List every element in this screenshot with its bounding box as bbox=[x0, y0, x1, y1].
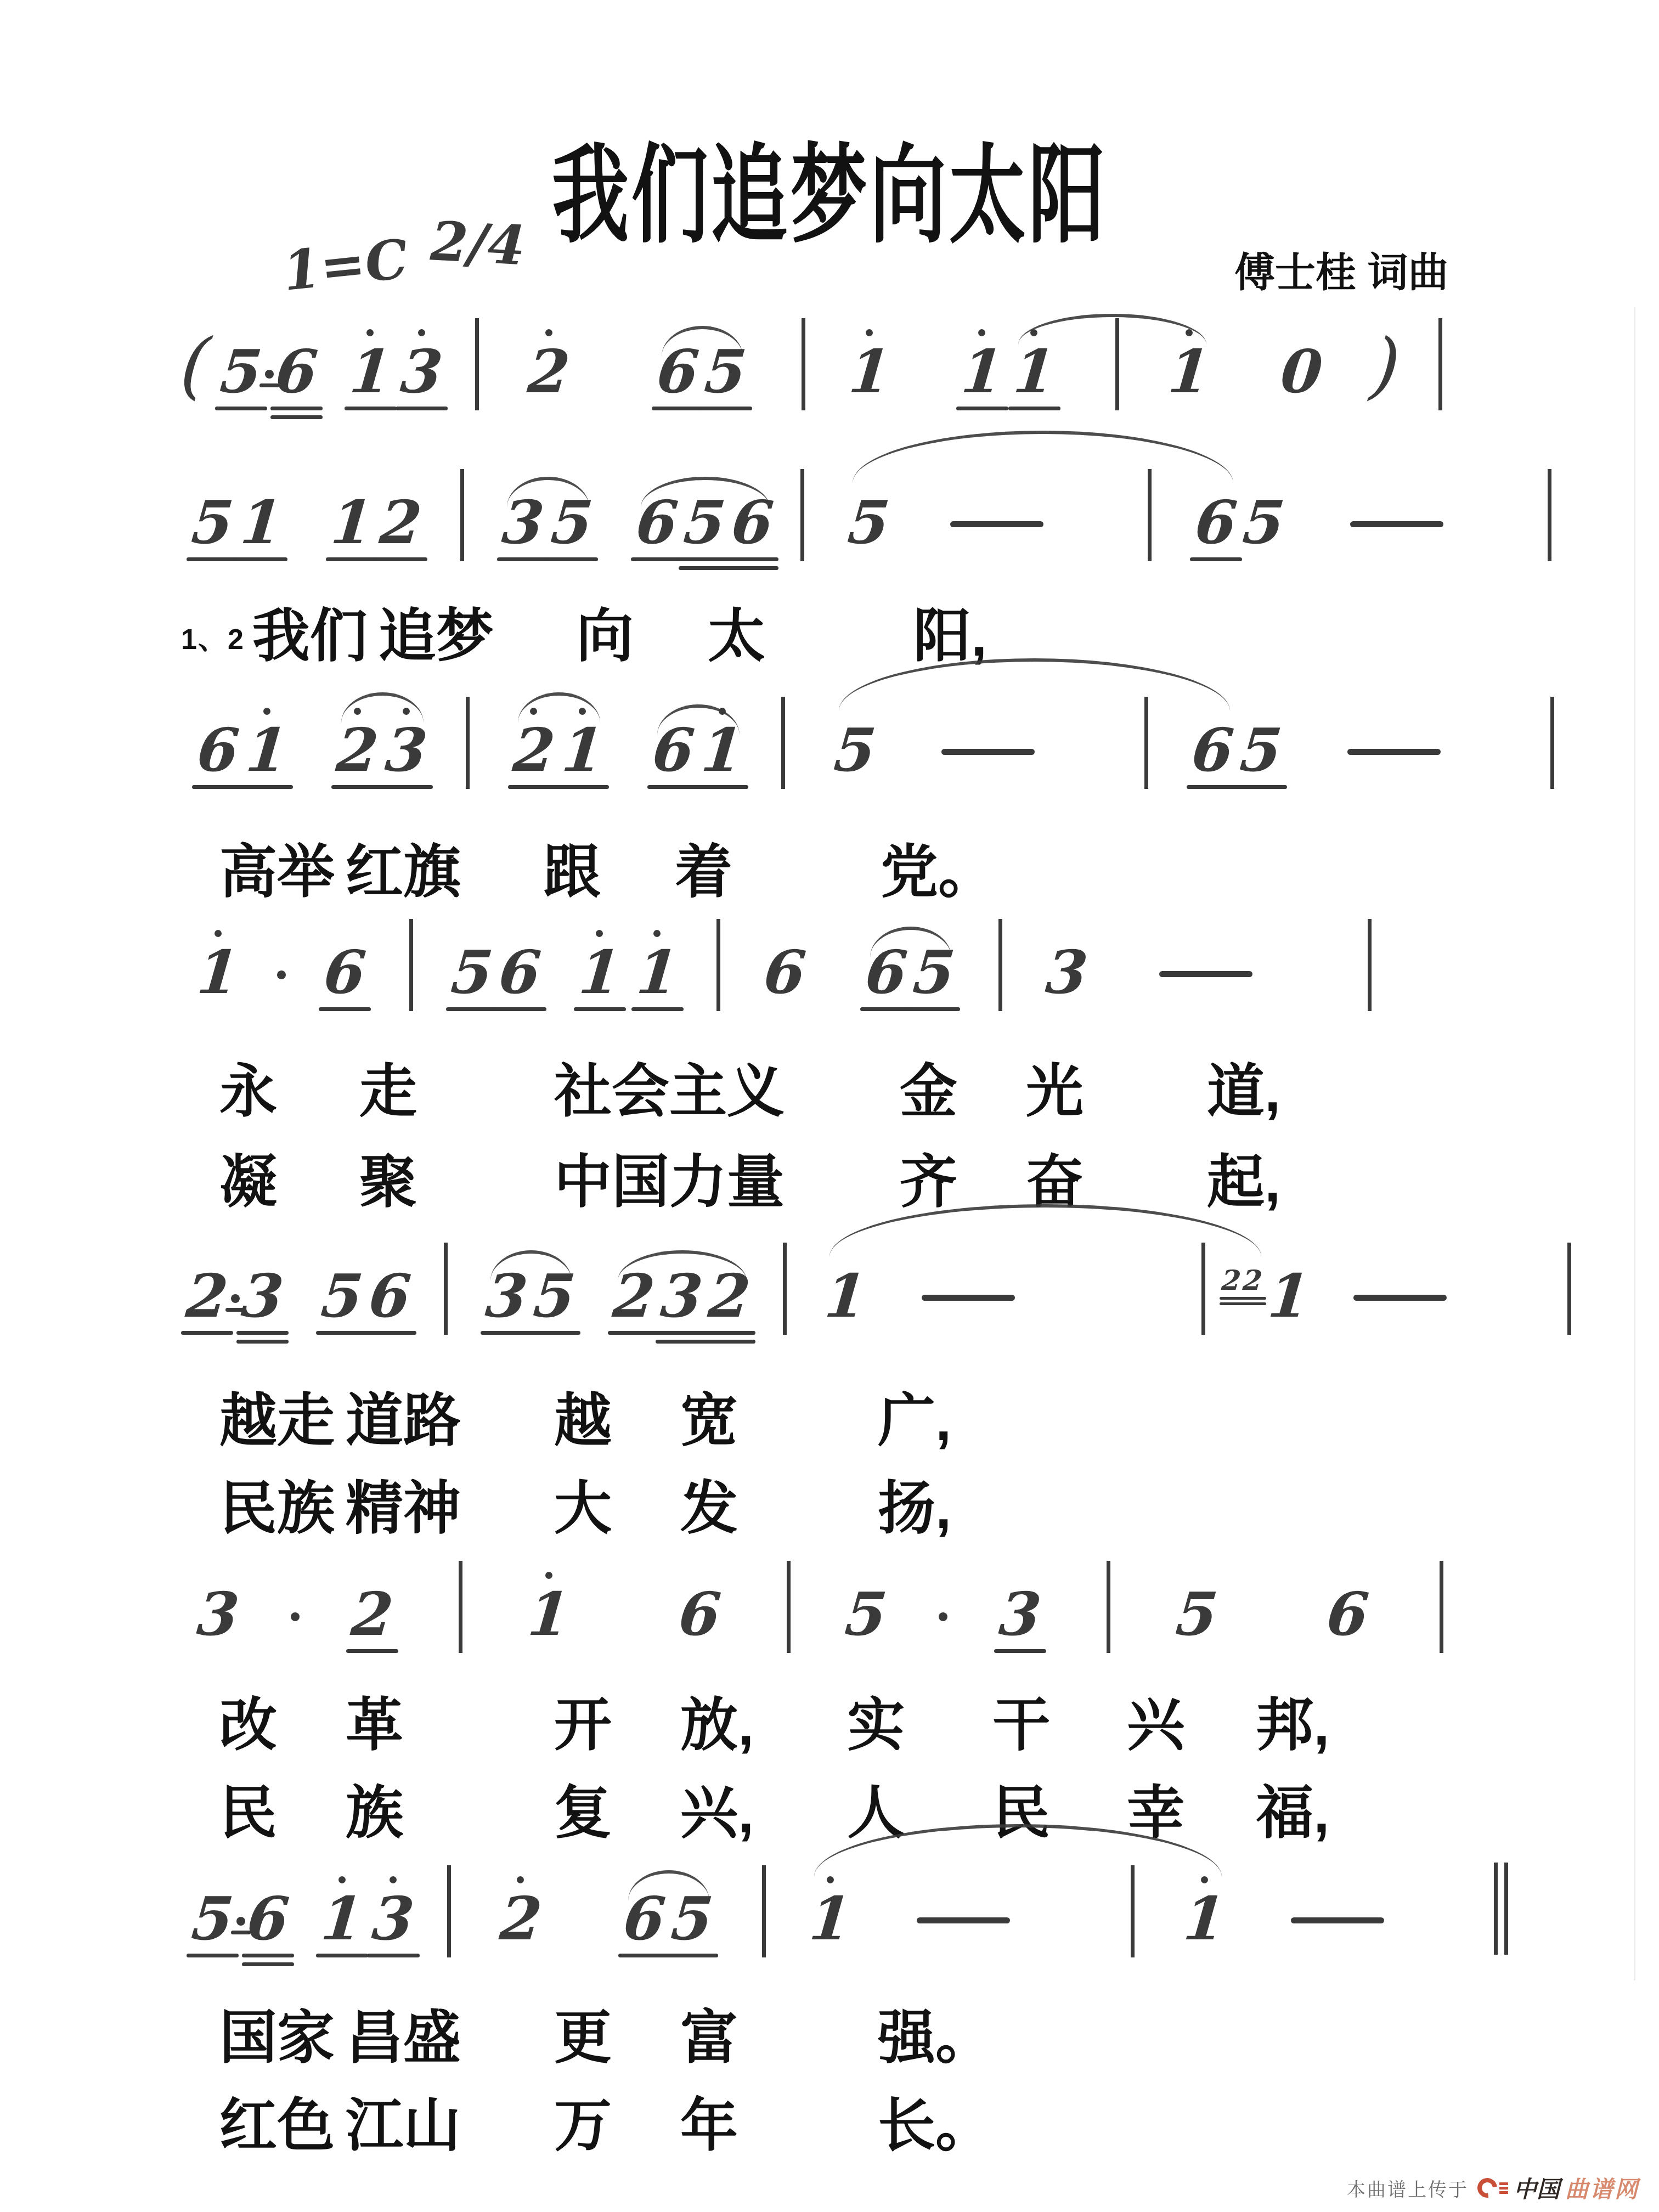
lyric-segment: 聚 bbox=[359, 1136, 417, 1218]
note-token: 2 bbox=[528, 342, 569, 402]
barline bbox=[1438, 318, 1442, 410]
note-token: 1 bbox=[637, 943, 678, 1002]
note-token: 1 bbox=[562, 721, 603, 780]
note-token: 5 bbox=[1176, 1585, 1217, 1644]
notation-line: 32165356 bbox=[198, 1561, 1443, 1644]
lyric-segment: 永 bbox=[219, 1045, 277, 1128]
double-barline bbox=[1494, 1863, 1508, 1957]
note-token: 1 bbox=[1184, 1889, 1225, 1949]
duration-dash bbox=[1291, 1917, 1384, 1923]
lyric-segment: 江山 bbox=[346, 2079, 461, 2162]
note-token: 6 bbox=[198, 721, 239, 780]
lyric-segment: 民 bbox=[219, 1767, 277, 1849]
octave-dot bbox=[390, 1876, 397, 1883]
barline bbox=[716, 919, 720, 1011]
barline bbox=[466, 697, 470, 789]
barline bbox=[1440, 1561, 1443, 1653]
note-token: 6 bbox=[1192, 721, 1233, 780]
lyric-segment: 民族 bbox=[219, 1462, 335, 1545]
note-token: 5 bbox=[845, 1585, 887, 1644]
barline bbox=[1567, 1243, 1571, 1335]
dot-token bbox=[291, 1612, 300, 1621]
lyric-segment: 兴 bbox=[1127, 1679, 1184, 1762]
lyric-segment: 国家 bbox=[219, 1991, 335, 2074]
barline bbox=[762, 1865, 766, 1957]
lyric-segment: 中国力量 bbox=[554, 1136, 785, 1218]
lyric-segment: 族 bbox=[346, 1767, 403, 1849]
note-token: 2 bbox=[187, 1267, 228, 1326]
barline bbox=[1550, 697, 1554, 789]
slur-arc bbox=[518, 692, 600, 723]
lyric-segment: 扬, bbox=[878, 1462, 951, 1545]
note-token: 1 bbox=[1268, 1267, 1310, 1326]
lyric-segment: 精神 bbox=[346, 1462, 461, 1545]
lyric-segment: 追梦 bbox=[379, 590, 494, 673]
barline bbox=[998, 919, 1002, 1011]
lyrics-line: 民族精神大发扬, bbox=[219, 1462, 951, 1545]
verse-marker: 1、2 bbox=[181, 616, 245, 657]
barline bbox=[800, 469, 804, 561]
note-token: 1 bbox=[331, 493, 373, 552]
note-token: 5 bbox=[221, 342, 262, 402]
octave-dot bbox=[215, 930, 222, 937]
slur-arc bbox=[341, 692, 424, 723]
octave-dot bbox=[1201, 1876, 1208, 1883]
lyric-segment: 跟 bbox=[543, 826, 601, 909]
duration-dash bbox=[1159, 971, 1252, 977]
dot-token bbox=[939, 1612, 947, 1621]
lyric-segment: 更 bbox=[554, 1991, 612, 2074]
notation-line: (561326511110) bbox=[181, 318, 1442, 402]
brand-logo-lines-icon bbox=[1499, 2182, 1508, 2185]
note-token: 3 bbox=[242, 1267, 283, 1326]
lyric-segment: 越走 bbox=[219, 1374, 335, 1457]
lyrics-line: 高举红旗跟着党。 bbox=[219, 826, 996, 909]
lyric-segment: 邦, bbox=[1256, 1679, 1329, 1762]
slur-arc bbox=[657, 704, 740, 735]
note-token: 1 bbox=[849, 342, 890, 402]
note-token: 5 bbox=[834, 721, 876, 780]
duration-dash bbox=[917, 1917, 1010, 1923]
lyric-segment: 党。 bbox=[881, 826, 996, 909]
lyric-segment: 红旗 bbox=[346, 826, 461, 909]
duration-dash bbox=[950, 521, 1043, 527]
duration-dash bbox=[1347, 749, 1441, 755]
note-token: 0 bbox=[1281, 342, 1322, 402]
notation-line: 2356352321221 bbox=[187, 1243, 1571, 1326]
lyric-segment: 长。 bbox=[878, 2079, 993, 2162]
dot-token bbox=[265, 370, 274, 379]
note-token: 5 bbox=[1240, 721, 1282, 780]
dot-token bbox=[236, 1917, 245, 1926]
lyrics-line: 改革开放,实干兴邦, bbox=[219, 1679, 1329, 1762]
lyric-segment: 起, bbox=[1207, 1136, 1280, 1218]
composer-credit: 傅士桂 词曲 bbox=[1234, 240, 1449, 298]
barline bbox=[459, 1561, 462, 1653]
note-token: 5 bbox=[192, 493, 233, 552]
notation-line: 511235656565 bbox=[192, 469, 1551, 552]
scan-artifact-line bbox=[1634, 307, 1635, 1980]
lyric-segment: 光 bbox=[1026, 1045, 1084, 1128]
lyric-segment: 太 bbox=[708, 590, 765, 673]
lyric-segment: 越 bbox=[554, 1374, 612, 1457]
lyric-segment: 广, bbox=[878, 1374, 951, 1457]
notation-line: 1656116653 bbox=[198, 919, 1372, 1002]
lyric-segment: 革 bbox=[346, 1679, 403, 1762]
note-token: 1 bbox=[241, 493, 282, 552]
grace-notes: 22 bbox=[1222, 1267, 1265, 1294]
watermark-prefix: 本曲谱上传于 bbox=[1347, 2175, 1469, 2202]
lyrics-line: 红色江山万年长。 bbox=[219, 2079, 993, 2162]
octave-dot bbox=[545, 329, 552, 336]
note-token: 5 bbox=[192, 1889, 233, 1949]
note-token: 6 bbox=[1327, 1585, 1368, 1644]
lyric-segment: 开 bbox=[554, 1679, 612, 1762]
barline bbox=[787, 1561, 791, 1653]
lyric-segment: 强。 bbox=[878, 1991, 993, 2074]
note-token: 6 bbox=[324, 943, 365, 1002]
lyric-segment: 社会主义 bbox=[554, 1045, 785, 1128]
note-token: 3 bbox=[373, 1889, 414, 1949]
lyric-segment: 年 bbox=[680, 2079, 738, 2162]
lyrics-line: 凝聚中国力量齐奋起, bbox=[219, 1136, 1280, 1218]
lyric-segment: 高举 bbox=[219, 826, 335, 909]
note-token: 1 bbox=[350, 342, 391, 402]
note-token: 1 bbox=[962, 342, 1003, 402]
note-token: 1 bbox=[246, 721, 287, 780]
slur-arc bbox=[618, 1250, 747, 1281]
note-token: 1 bbox=[198, 943, 239, 1002]
barline bbox=[1548, 469, 1551, 561]
duration-dash bbox=[941, 749, 1035, 755]
note-token: 3 bbox=[198, 1585, 239, 1644]
note-token: 2 bbox=[500, 1889, 541, 1949]
lyric-segment: 红色 bbox=[219, 2079, 335, 2162]
lyric-segment: 实 bbox=[847, 1679, 905, 1762]
octave-dot bbox=[418, 329, 425, 336]
lyric-segment: 走 bbox=[359, 1045, 417, 1128]
octave-dot bbox=[263, 708, 270, 715]
lyrics-line: 民族复兴,人民幸福, bbox=[219, 1767, 1329, 1849]
lyric-segment: 福, bbox=[1256, 1767, 1329, 1849]
note-token: 2 bbox=[337, 721, 378, 780]
dot-token bbox=[277, 970, 286, 979]
note-token: 2 bbox=[380, 493, 421, 552]
watermark: 本曲谱上传于 中国 曲谱网 bbox=[1347, 2171, 1639, 2204]
slur-arc bbox=[1018, 314, 1206, 345]
lyrics-line: 永走社会主义金光道, bbox=[219, 1045, 1280, 1128]
slur-arc bbox=[628, 1870, 709, 1901]
lyric-segment: 昌盛 bbox=[346, 1991, 461, 2074]
notation-line: 61232161565 bbox=[198, 697, 1554, 780]
notation-line: 561326511 bbox=[192, 1863, 1508, 1949]
lyrics-line: 1、2我们追梦向太阳, bbox=[181, 590, 987, 673]
barline bbox=[460, 469, 464, 561]
lyrics-line: 越走道路越宽广, bbox=[219, 1374, 951, 1457]
note-token: 6 bbox=[369, 1267, 410, 1326]
barline bbox=[475, 318, 479, 410]
lyric-segment: 向 bbox=[576, 590, 634, 673]
octave-dot bbox=[596, 930, 603, 937]
note-token: 5 bbox=[848, 493, 889, 552]
note-token: 1 bbox=[579, 943, 620, 1002]
lyric-segment: 干 bbox=[992, 1679, 1050, 1762]
octave-dot bbox=[866, 329, 873, 336]
lyric-segment: 金 bbox=[900, 1045, 957, 1128]
note-token: 6 bbox=[499, 943, 540, 1002]
note-token: 6 bbox=[679, 1585, 720, 1644]
note-token: 2 bbox=[352, 1585, 393, 1644]
lyric-segment: 发 bbox=[680, 1462, 738, 1545]
octave-dot bbox=[517, 1876, 524, 1883]
note-token: 1 bbox=[1169, 342, 1210, 402]
octave-dot bbox=[978, 329, 985, 336]
note-token: 6 bbox=[247, 1889, 289, 1949]
duration-dash bbox=[922, 1295, 1015, 1301]
slur-arc bbox=[870, 927, 951, 957]
lyric-segment: 着 bbox=[675, 826, 732, 909]
octave-dot bbox=[827, 1876, 834, 1883]
slur-arc bbox=[490, 1250, 572, 1281]
barline bbox=[409, 919, 413, 1011]
barline bbox=[444, 1243, 448, 1335]
paren-token: ( bbox=[181, 329, 210, 402]
key-text: 1=C bbox=[280, 228, 411, 303]
barline bbox=[781, 697, 785, 789]
note-token: 6 bbox=[1195, 493, 1237, 552]
lyric-segment: 复 bbox=[554, 1767, 612, 1849]
note-token: 5 bbox=[1243, 493, 1284, 552]
barline bbox=[783, 1243, 787, 1335]
barline bbox=[1131, 1865, 1135, 1957]
barline bbox=[802, 318, 805, 410]
lyric-segment: 大 bbox=[554, 1462, 612, 1545]
lyric-segment: 我们 bbox=[252, 590, 368, 673]
time-signature: 2/4 bbox=[429, 210, 527, 278]
lyric-segment: 万 bbox=[554, 2079, 612, 2162]
lyrics-line: 国家昌盛更富强。 bbox=[219, 1991, 993, 2074]
note-token: 1 bbox=[1014, 342, 1055, 402]
note-token: 5 bbox=[321, 1267, 363, 1326]
watermark-brand-light: 曲谱网 bbox=[1565, 2171, 1639, 2204]
lyric-segment: 道, bbox=[1207, 1045, 1280, 1128]
lyric-segment: 道路 bbox=[346, 1374, 461, 1457]
duration-dash bbox=[1350, 521, 1443, 527]
slur-arc bbox=[662, 326, 743, 357]
barline bbox=[447, 1865, 451, 1957]
paren-token: ) bbox=[1372, 329, 1400, 402]
note-token: 6 bbox=[276, 342, 317, 402]
octave-dot bbox=[366, 329, 374, 336]
lyric-segment: 宽 bbox=[680, 1374, 738, 1457]
watermark-brand-bold: 中国 bbox=[1514, 2171, 1560, 2204]
duration-dash bbox=[1353, 1295, 1447, 1301]
note-token: 1 bbox=[825, 1267, 866, 1326]
octave-dot bbox=[653, 930, 661, 937]
octave-dot bbox=[545, 1572, 552, 1579]
dot-token bbox=[231, 1294, 240, 1303]
lyric-segment: 凝 bbox=[219, 1136, 277, 1218]
lyric-segment: 改 bbox=[219, 1679, 277, 1762]
lyric-segment: 齐 bbox=[900, 1136, 957, 1218]
note-token: 2 bbox=[513, 721, 555, 780]
lyric-segment: 兴, bbox=[680, 1767, 754, 1849]
note-token: 1 bbox=[810, 1889, 851, 1949]
note-token: 5 bbox=[452, 943, 493, 1002]
note-token: 3 bbox=[1046, 943, 1087, 1002]
note-token: 1 bbox=[321, 1889, 363, 1949]
slur-arc bbox=[641, 477, 770, 507]
barline bbox=[1107, 1561, 1110, 1653]
note-token: 3 bbox=[1000, 1585, 1041, 1644]
note-token: 3 bbox=[386, 721, 427, 780]
note-token: 1 bbox=[528, 1585, 569, 1644]
note-token: 3 bbox=[401, 342, 442, 402]
brand-logo-icon bbox=[1474, 2174, 1502, 2202]
slur-arc bbox=[507, 477, 589, 507]
lyric-segment: 富 bbox=[680, 1991, 738, 2074]
barline bbox=[1368, 919, 1372, 1011]
octave-dot bbox=[338, 1876, 346, 1883]
song-title: 我们追梦向太阳 bbox=[551, 110, 1107, 263]
note-token: 6 bbox=[764, 943, 805, 1002]
lyric-segment: 放, bbox=[680, 1679, 754, 1762]
sheet-music-page: 我们追梦向太阳 1=C2/4 傅士桂 词曲 (561326511110)5112… bbox=[0, 0, 1659, 2212]
slur-arc bbox=[853, 431, 1233, 483]
